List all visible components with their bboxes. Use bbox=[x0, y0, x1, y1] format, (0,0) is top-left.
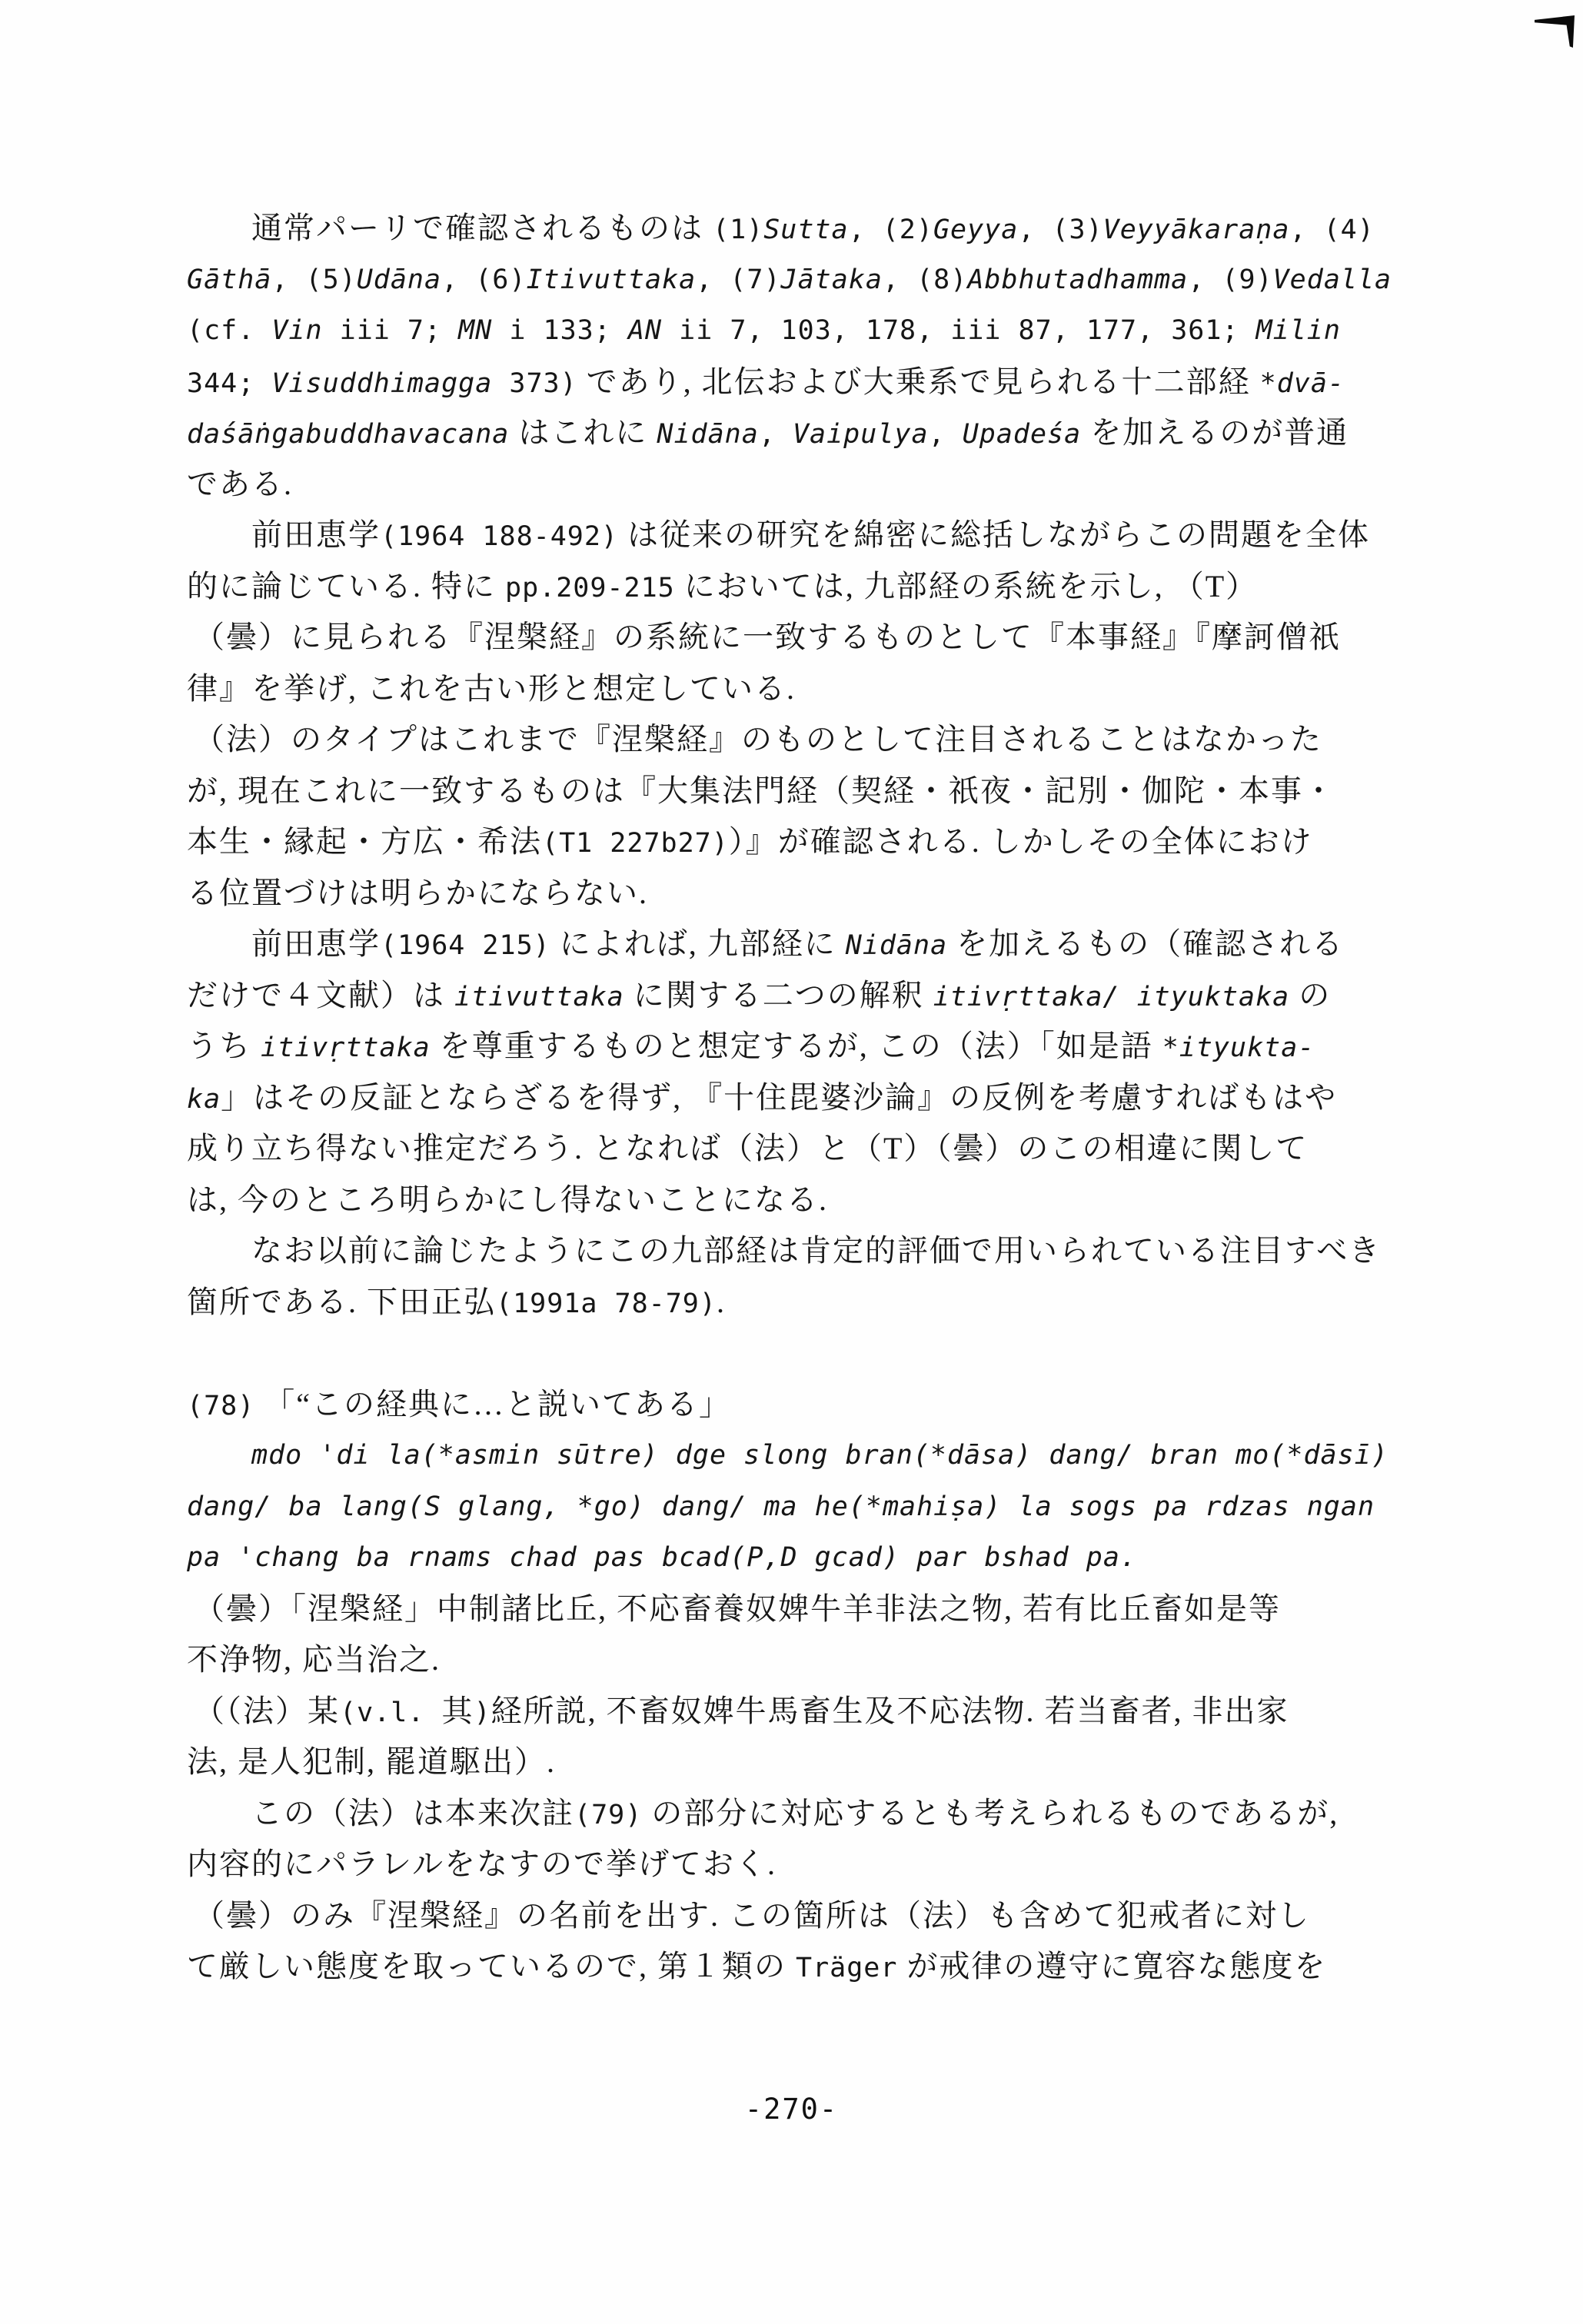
text-line: (cf. Vin iii 7; MN i 133; AN ii 7, 103, … bbox=[187, 305, 1448, 357]
text-segment: （曇）のみ『涅槃経』の名前を出す. この箇所は（法）も含めて犯戒者に対し bbox=[194, 1898, 1310, 1933]
text-segment: Nidāna bbox=[846, 930, 947, 961]
text-segment: だけで４文献）は bbox=[187, 978, 454, 1012]
text-segment: ii 7, 103, 178, iii 87, 177, 361; bbox=[662, 315, 1256, 346]
text-line: mdo 'di la(*asmin sūtre) dge slong bran(… bbox=[187, 1430, 1448, 1481]
text-segment: Vin bbox=[271, 315, 322, 346]
text-segment: , (4) bbox=[1289, 214, 1374, 245]
text-segment: Veyyākaraṇa bbox=[1103, 214, 1290, 245]
text-segment: Träger bbox=[796, 1953, 897, 1983]
text-line: が, 現在これに一致するものは『大集法門経（契経・祇夜・記別・伽陀・本事・ bbox=[187, 766, 1448, 817]
text-line: pa 'chang ba rnams chad pas bcad(P,D gca… bbox=[187, 1532, 1448, 1584]
text-segment: Vaipulya bbox=[793, 419, 929, 450]
text-segment: である. bbox=[187, 467, 293, 501]
text-segment: mdo 'di la(*asmin sūtre) dge slong bran(… bbox=[251, 1440, 1388, 1471]
text-segment: が戒律の遵守に寛容な態度を bbox=[897, 1949, 1326, 1983]
page-number: -270- bbox=[0, 2086, 1583, 2133]
text-line: dang/ ba lang(S glang, *go) dang/ ma he(… bbox=[187, 1481, 1448, 1533]
text-segment: 「“この経典に…と説いてある」 bbox=[254, 1387, 731, 1421]
text-segment: 前田恵学 bbox=[251, 926, 381, 961]
text-segment: 本生・縁起・方広・希法 bbox=[187, 824, 542, 859]
text-segment: Visuddhimagga bbox=[271, 368, 492, 399]
text-segment: pa 'chang ba rnams chad pas bcad(P,D gca… bbox=[187, 1542, 1137, 1573]
text-segment: Milin bbox=[1256, 315, 1341, 346]
text-line: 律』を挙げ, これを古い形と想定している. bbox=[187, 663, 1448, 715]
text-segment: , (6) bbox=[441, 264, 526, 295]
text-segment: 箇所である. 下田正弘 bbox=[187, 1285, 496, 1319]
text-segment: は, 今のところ明らかにし得ないことになる. bbox=[187, 1182, 828, 1217]
text-line: 前田恵学(1964 215) によれば, 九部経に Nidāna を加えるもの（… bbox=[187, 919, 1448, 970]
text-segment: 成り立ち得ない推定だろう. となれば（法）と（T）（曇）のこの相違に関して bbox=[187, 1131, 1308, 1165]
text-segment: （法）のタイプはこれまで『涅槃経』のものとして注目されることはなかった bbox=[194, 722, 1322, 756]
text-segment: 内容的にパラレルをなすので挙げておく. bbox=[187, 1847, 777, 1881]
text-line: 前田恵学(1964 188-492) は従来の研究を綿密に総括しながらこの問題を… bbox=[187, 510, 1448, 561]
text-segment: （曇）「涅槃経」中制諸比丘, 不応畜養奴婢牛羊非法之物, 若有比丘畜如是等 bbox=[194, 1591, 1281, 1626]
text-segment: (T1 227b27) bbox=[542, 828, 729, 859]
text-segment: . bbox=[717, 1285, 726, 1319]
text-segment: （（法）某 bbox=[194, 1694, 340, 1728]
text-line: 不浄物, 応当治之. bbox=[187, 1634, 1448, 1686]
text-line: 箇所である. 下田正弘(1991a 78-79). bbox=[187, 1277, 1448, 1328]
text-segment: ）』が確認される. しかしその全体におけ bbox=[729, 824, 1313, 859]
text-line: （曇）のみ『涅槃経』の名前を出す. この箇所は（法）も含めて犯戒者に対し bbox=[187, 1890, 1448, 1942]
text-line: （曇）「涅槃経」中制諸比丘, 不応畜養奴婢牛羊非法之物, 若有比丘畜如是等 bbox=[187, 1584, 1448, 1635]
body-text: 通常パーリで確認されるものは (1)Sutta, (2)Geyya, (3)Ve… bbox=[187, 203, 1448, 1993]
text-line: （曇）に見られる『涅槃経』の系統に一致するものとして『本事経』『摩訶僧祇 bbox=[187, 612, 1448, 663]
text-segment: , (5) bbox=[271, 264, 356, 295]
text-segment: (78) bbox=[187, 1391, 254, 1421]
text-segment: , bbox=[759, 419, 793, 450]
text-segment: (1964 215) bbox=[381, 930, 550, 961]
text-segment: itivuttaka bbox=[454, 982, 624, 1012]
text-segment: *dvā- bbox=[1260, 368, 1345, 399]
text-segment: が, 現在これに一致するものは『大集法門経（契経・祇夜・記別・伽陀・本事・ bbox=[187, 773, 1335, 808]
text-segment: であり, 北伝および大乗系で見られる十二部経 bbox=[577, 364, 1260, 399]
text-segment: 前田恵学 bbox=[251, 517, 381, 552]
text-segment: うち bbox=[187, 1029, 261, 1063]
text-line: である. bbox=[187, 459, 1448, 510]
text-segment: AN bbox=[628, 315, 662, 346]
text-segment: 通常パーリで確認されるものは bbox=[251, 211, 713, 245]
text-segment: Abbhutadhamma bbox=[967, 264, 1188, 295]
text-segment: この（法）は本来次註 bbox=[251, 1796, 574, 1830]
text-segment: (1964 188-492) bbox=[381, 521, 618, 552]
text-segment: の部分に対応するとも考えられるものであるが, bbox=[642, 1796, 1339, 1830]
text-segment: , bbox=[929, 419, 963, 450]
text-line: 法, 是人犯制, 罷道駆出）. bbox=[187, 1737, 1448, 1788]
text-line: daśāṅgabuddhavacana はこれに Nidāna, Vaipuly… bbox=[187, 407, 1448, 459]
text-line: 本生・縁起・方広・希法(T1 227b27)）』が確認される. しかしその全体に… bbox=[187, 816, 1448, 868]
text-segment: 律』を挙げ, これを古い形と想定している. bbox=[187, 671, 796, 706]
text-segment: *ityukta- bbox=[1162, 1032, 1315, 1063]
text-segment: 的に論じている. 特に bbox=[187, 569, 505, 603]
text-segment: Itivuttaka bbox=[526, 264, 696, 295]
text-segment: dang/ ba lang(S glang, *go) dang/ ma he(… bbox=[187, 1491, 1375, 1522]
text-segment: はこれに bbox=[509, 415, 657, 450]
text-segment: 法, 是人犯制, 罷道駆出）. bbox=[187, 1744, 556, 1779]
text-segment: (cf. bbox=[187, 315, 271, 346]
text-segment: （曇）に見られる『涅槃経』の系統に一致するものとして『本事経』『摩訶僧祇 bbox=[194, 620, 1341, 654]
text-segment: 経所説, 不畜奴婢牛馬畜生及不応法物. 若当畜者, 非出家 bbox=[491, 1694, 1289, 1728]
text-segment: 373) bbox=[492, 368, 577, 399]
text-line: だけで４文献）は itivuttaka に関する二つの解釈 itivṛttaka… bbox=[187, 970, 1448, 1022]
text-line: 的に論じている. 特に pp.209-215 においては, 九部経の系統を示し,… bbox=[187, 561, 1448, 613]
text-line: 内容的にパラレルをなすので挙げておく. bbox=[187, 1839, 1448, 1890]
text-segment: (v.l. bbox=[340, 1697, 441, 1728]
corner-fold-triangle-icon bbox=[1535, 15, 1575, 48]
text-segment: , (2) bbox=[849, 214, 933, 245]
text-segment: iii 7; bbox=[323, 315, 459, 346]
text-segment: daśāṅgabuddhavacana bbox=[187, 419, 509, 450]
text-line: （法）のタイプはこれまで『涅槃経』のものとして注目されることはなかった bbox=[187, 714, 1448, 766]
text-line: る位置づけは明らかにならない. bbox=[187, 868, 1448, 919]
text-segment: (79) bbox=[574, 1800, 642, 1830]
text-segment: に関する二つの解釈 bbox=[624, 978, 933, 1012]
text-line: て厳しい態度を取っているので, 第１類の Träger が戒律の遵守に寛容な態度… bbox=[187, 1941, 1448, 1993]
text-segment: て厳しい態度を取っているので, 第１類の bbox=[187, 1949, 796, 1983]
text-segment: Geyya bbox=[933, 214, 1018, 245]
text-segment: , (9) bbox=[1188, 264, 1272, 295]
text-segment: MN bbox=[458, 315, 492, 346]
text-line: なお以前に論じたようにこの九部経は肯定的評価で用いられている注目すべき bbox=[187, 1225, 1448, 1277]
document-page: 通常パーリで確認されるものは (1)Sutta, (2)Geyya, (3)Ve… bbox=[0, 0, 1583, 2324]
text-line: は, 今のところ明らかにし得ないことになる. bbox=[187, 1175, 1448, 1226]
text-segment: を加えるもの（確認される bbox=[947, 926, 1344, 961]
text-segment: , (8) bbox=[883, 264, 967, 295]
text-segment: , (7) bbox=[696, 264, 780, 295]
text-segment: の bbox=[1289, 978, 1331, 1012]
text-line: ka」はその反証とならざるを得ず, 『十住毘婆沙論』の反例を考慮すればもはや bbox=[187, 1072, 1448, 1124]
text-segment: Nidāna bbox=[657, 419, 758, 450]
text-segment: 344; bbox=[187, 368, 271, 399]
text-segment: Sutta bbox=[763, 214, 848, 245]
text-segment: , (3) bbox=[1018, 214, 1102, 245]
text-segment: Gāthā bbox=[187, 264, 271, 295]
text-segment: を尊重するものと想定するが, この（法）「如是語 bbox=[431, 1029, 1162, 1063]
text-line: 344; Visuddhimagga 373) であり, 北伝および大乗系で見ら… bbox=[187, 357, 1448, 408]
blank-line bbox=[187, 1328, 1448, 1379]
text-segment: Jātaka bbox=[781, 264, 883, 295]
text-segment: においては, 九部経の系統を示し, （T） bbox=[675, 569, 1258, 603]
text-line: うち itivṛttaka を尊重するものと想定するが, この（法）「如是語 *… bbox=[187, 1021, 1448, 1072]
text-line: (78) 「“この経典に…と説いてある」 bbox=[187, 1379, 1448, 1431]
text-line: この（法）は本来次註(79) の部分に対応するとも考えられるものであるが, bbox=[187, 1788, 1448, 1840]
text-segment: なお以前に論じたようにこの九部経は肯定的評価で用いられている注目すべき bbox=[251, 1233, 1381, 1268]
text-segment: i 133; bbox=[492, 315, 628, 346]
text-segment: ) bbox=[474, 1697, 491, 1728]
text-segment: 其 bbox=[441, 1694, 474, 1728]
text-segment: は従来の研究を綿密に総括しながらこの問題を全体 bbox=[618, 517, 1370, 552]
text-segment: (1991a 78-79) bbox=[496, 1288, 717, 1319]
text-segment: itivṛttaka/ ityuktaka bbox=[933, 982, 1290, 1012]
text-segment: pp.209-215 bbox=[505, 573, 675, 603]
text-segment: 不浄物, 応当治之. bbox=[187, 1642, 441, 1677]
text-segment: Upadeśa bbox=[963, 419, 1082, 450]
text-line: 通常パーリで確認されるものは (1)Sutta, (2)Geyya, (3)Ve… bbox=[187, 203, 1448, 254]
text-line: 成り立ち得ない推定だろう. となれば（法）と（T）（曇）のこの相違に関して bbox=[187, 1123, 1448, 1175]
text-segment: ka bbox=[187, 1084, 221, 1115]
text-segment: Vedalla bbox=[1273, 264, 1392, 295]
text-segment: る位置づけは明らかにならない. bbox=[187, 876, 648, 910]
text-segment: によれば, 九部経に bbox=[550, 926, 846, 961]
text-segment: itivṛttaka bbox=[261, 1032, 431, 1063]
text-line: （（法）某(v.l. 其)経所説, 不畜奴婢牛馬畜生及不応法物. 若当畜者, 非… bbox=[187, 1686, 1448, 1737]
text-segment: を加えるのが普通 bbox=[1081, 415, 1349, 450]
text-segment: (1) bbox=[713, 214, 763, 245]
text-segment: Udāna bbox=[357, 264, 441, 295]
text-segment: 」はその反証とならざるを得ず, 『十住毘婆沙論』の反例を考慮すればもはや bbox=[221, 1080, 1337, 1115]
text-line: Gāthā, (5)Udāna, (6)Itivuttaka, (7)Jātak… bbox=[187, 254, 1448, 306]
